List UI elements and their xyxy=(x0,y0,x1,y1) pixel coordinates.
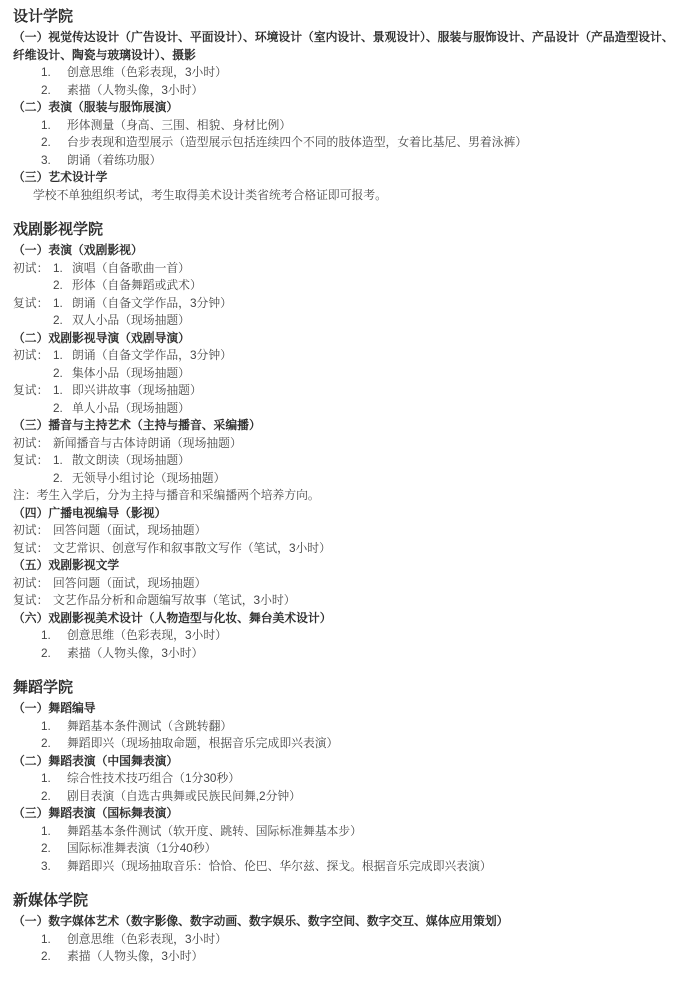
item-text: 舞蹈基本条件测试（软开度、跳转、国际标准舞基本步） xyxy=(67,823,362,841)
exam-item: 2.国际标准舞表演（1分40秒） xyxy=(13,840,687,858)
item-text: 散文朗读（现场抽题） xyxy=(72,452,190,470)
item-number: 1. xyxy=(53,452,72,470)
stage-label xyxy=(13,365,53,383)
item-number: 2. xyxy=(41,948,67,966)
program-subheading: （二）戏剧影视导演（戏剧导演） xyxy=(13,330,687,348)
program-subheading: （一）视觉传达设计（广告设计、平面设计）、环境设计（室内设计、景观设计）、服装与… xyxy=(13,29,687,64)
program-subheading: （三）播音与主持艺术（主持与播音、采编播） xyxy=(13,417,687,435)
exam-stage-row: 2.集体小品（现场抽题） xyxy=(13,365,687,383)
item-text: 新闻播音与古体诗朗诵（现场抽题） xyxy=(53,435,242,453)
stage-label: 初试： xyxy=(13,575,53,593)
item-text: 台步表现和造型展示（造型展示包括连续四个不同的肢体造型，女着比基尼、男着泳裤） xyxy=(67,134,527,152)
note-text: 注：考生入学后，分为主持与播音和采编播两个培养方向。 xyxy=(13,487,687,505)
item-number: 1. xyxy=(41,718,67,736)
college-section: 戏剧影视学院（一）表演（戏剧影视）初试：1.演唱（自备歌曲一首）2.形体（自备舞… xyxy=(13,219,687,662)
item-number: 2. xyxy=(53,312,72,330)
program-subheading: （五）戏剧影视文学 xyxy=(13,557,687,575)
exam-stage-row: 复试：1.即兴讲故事（现场抽题） xyxy=(13,382,687,400)
admission-exam-document: 设计学院（一）视觉传达设计（广告设计、平面设计）、环境设计（室内设计、景观设计）… xyxy=(0,0,695,966)
exam-stage-row: 2.无领导小组讨论（现场抽题） xyxy=(13,470,687,488)
exam-stage-row: 2.双人小品（现场抽题） xyxy=(13,312,687,330)
exam-item: 1.舞蹈基本条件测试（含跳转翻） xyxy=(13,718,687,736)
college-section: 设计学院（一）视觉传达设计（广告设计、平面设计）、环境设计（室内设计、景观设计）… xyxy=(13,6,687,204)
item-text: 无领导小组讨论（现场抽题） xyxy=(72,470,225,488)
exam-item: 2.台步表现和造型展示（造型展示包括连续四个不同的肢体造型，女着比基尼、男着泳裤… xyxy=(13,134,687,152)
item-number: 1. xyxy=(53,260,72,278)
stage-label xyxy=(13,400,53,418)
program-subheading: （一）数字媒体艺术（数字影像、数字动画、数字娱乐、数字空间、数字交互、媒体应用策… xyxy=(13,913,687,931)
item-text: 即兴讲故事（现场抽题） xyxy=(72,382,202,400)
college-section: 新媒体学院（一）数字媒体艺术（数字影像、数字动画、数字娱乐、数字空间、数字交互、… xyxy=(13,890,687,966)
stage-label: 复试： xyxy=(13,540,53,558)
item-text: 演唱（自备歌曲一首） xyxy=(72,260,190,278)
item-text: 素描（人物头像，3小时） xyxy=(67,948,203,966)
item-text: 舞蹈即兴（现场抽取命题，根据音乐完成即兴表演） xyxy=(67,735,338,753)
stage-label: 初试： xyxy=(13,260,53,278)
item-number: 1. xyxy=(41,770,67,788)
stage-label: 复试： xyxy=(13,295,53,313)
exam-stage-row: 初试：回答问题（面试，现场抽题） xyxy=(13,522,687,540)
exam-stage-row: 初试：1.演唱（自备歌曲一首） xyxy=(13,260,687,278)
item-number: 2. xyxy=(41,788,67,806)
item-text: 回答问题（面试，现场抽题） xyxy=(53,522,206,540)
exam-item: 1.舞蹈基本条件测试（软开度、跳转、国际标准舞基本步） xyxy=(13,823,687,841)
program-subheading: （二）舞蹈表演（中国舞表演） xyxy=(13,753,687,771)
exam-item: 1.创意思维（色彩表现，3小时） xyxy=(13,931,687,949)
exam-item: 2.素描（人物头像，3小时） xyxy=(13,948,687,966)
stage-label xyxy=(13,470,53,488)
section-title: 设计学院 xyxy=(13,6,687,27)
item-number: 1. xyxy=(53,382,72,400)
item-text: 舞蹈基本条件测试（含跳转翻） xyxy=(67,718,232,736)
item-number: 1. xyxy=(53,295,72,313)
exam-stage-row: 复试：文艺作品分析和命题编写故事（笔试，3小时） xyxy=(13,592,687,610)
item-text: 朗诵（自备文学作品，3分钟） xyxy=(72,295,232,313)
item-text: 文艺作品分析和命题编写故事（笔试，3小时） xyxy=(53,592,296,610)
item-number: 1. xyxy=(41,823,67,841)
item-number: 1. xyxy=(41,627,67,645)
item-text: 素描（人物头像，3小时） xyxy=(67,82,203,100)
item-text: 文艺常识、创意写作和叙事散文写作（笔试，3小时） xyxy=(53,540,331,558)
item-text: 朗诵（自备文学作品，3分钟） xyxy=(72,347,232,365)
item-number: 2. xyxy=(41,134,67,152)
note-text: 学校不单独组织考试，考生取得美术设计类省统考合格证即可报考。 xyxy=(13,187,687,205)
item-number: 3. xyxy=(41,152,67,170)
exam-stage-row: 2.单人小品（现场抽题） xyxy=(13,400,687,418)
program-subheading: （二）表演（服装与服饰展演） xyxy=(13,99,687,117)
exam-item: 2.剧目表演（自选古典舞或民族民间舞,2分钟） xyxy=(13,788,687,806)
item-number: 2. xyxy=(41,840,67,858)
item-number: 2. xyxy=(41,82,67,100)
stage-label: 复试： xyxy=(13,592,53,610)
item-text: 综合性技术技巧组合（1分30秒） xyxy=(67,770,240,788)
item-number: 2. xyxy=(53,277,72,295)
item-number: 2. xyxy=(41,645,67,663)
item-text: 创意思维（色彩表现，3小时） xyxy=(67,627,227,645)
program-subheading: （三）艺术设计学 xyxy=(13,169,687,187)
stage-label xyxy=(13,277,53,295)
exam-item: 2.素描（人物头像，3小时） xyxy=(13,82,687,100)
exam-stage-row: 初试：回答问题（面试，现场抽题） xyxy=(13,575,687,593)
item-number: 1. xyxy=(41,931,67,949)
section-title: 戏剧影视学院 xyxy=(13,219,687,240)
item-text: 双人小品（现场抽题） xyxy=(72,312,190,330)
exam-item: 3.舞蹈即兴（现场抽取音乐：恰恰、伦巴、华尔兹、探戈。根据音乐完成即兴表演） xyxy=(13,858,687,876)
program-subheading: （四）广播电视编导（影视） xyxy=(13,505,687,523)
item-text: 形体测量（身高、三围、相貌、身材比例） xyxy=(67,117,291,135)
item-text: 舞蹈即兴（现场抽取音乐：恰恰、伦巴、华尔兹、探戈。根据音乐完成即兴表演） xyxy=(67,858,492,876)
program-subheading: （一）舞蹈编导 xyxy=(13,700,687,718)
exam-item: 1.创意思维（色彩表现，3小时） xyxy=(13,627,687,645)
stage-label: 初试： xyxy=(13,435,53,453)
stage-label xyxy=(13,312,53,330)
section-title: 新媒体学院 xyxy=(13,890,687,911)
item-text: 创意思维（色彩表现，3小时） xyxy=(67,64,227,82)
exam-item: 2.素描（人物头像，3小时） xyxy=(13,645,687,663)
item-text: 形体（自备舞蹈或武术） xyxy=(72,277,202,295)
item-text: 创意思维（色彩表现，3小时） xyxy=(67,931,227,949)
stage-label: 初试： xyxy=(13,522,53,540)
exam-stage-row: 复试：1.朗诵（自备文学作品，3分钟） xyxy=(13,295,687,313)
item-text: 国际标准舞表演（1分40秒） xyxy=(67,840,216,858)
stage-label: 初试： xyxy=(13,347,53,365)
item-text: 素描（人物头像，3小时） xyxy=(67,645,203,663)
item-number: 2. xyxy=(41,735,67,753)
item-number: 2. xyxy=(53,400,72,418)
exam-stage-row: 初试：新闻播音与古体诗朗诵（现场抽题） xyxy=(13,435,687,453)
college-section: 舞蹈学院（一）舞蹈编导1.舞蹈基本条件测试（含跳转翻）2.舞蹈即兴（现场抽取命题… xyxy=(13,677,687,875)
section-title: 舞蹈学院 xyxy=(13,677,687,698)
stage-label: 复试： xyxy=(13,452,53,470)
exam-item: 2.舞蹈即兴（现场抽取命题，根据音乐完成即兴表演） xyxy=(13,735,687,753)
item-number: 2. xyxy=(53,365,72,383)
item-text: 剧目表演（自选古典舞或民族民间舞,2分钟） xyxy=(67,788,301,806)
exam-stage-row: 复试：1.散文朗读（现场抽题） xyxy=(13,452,687,470)
exam-stage-row: 复试：文艺常识、创意写作和叙事散文写作（笔试，3小时） xyxy=(13,540,687,558)
stage-label: 复试： xyxy=(13,382,53,400)
item-number: 3. xyxy=(41,858,67,876)
item-number: 1. xyxy=(41,64,67,82)
exam-item: 3.朗诵（着练功服） xyxy=(13,152,687,170)
exam-item: 1.综合性技术技巧组合（1分30秒） xyxy=(13,770,687,788)
program-subheading: （六）戏剧影视美术设计（人物造型与化妆、舞台美术设计） xyxy=(13,610,687,628)
exam-stage-row: 2.形体（自备舞蹈或武术） xyxy=(13,277,687,295)
exam-item: 1.创意思维（色彩表现，3小时） xyxy=(13,64,687,82)
item-text: 回答问题（面试，现场抽题） xyxy=(53,575,206,593)
exam-item: 1.形体测量（身高、三围、相貌、身材比例） xyxy=(13,117,687,135)
item-number: 2. xyxy=(53,470,72,488)
item-number: 1. xyxy=(53,347,72,365)
exam-stage-row: 初试：1.朗诵（自备文学作品，3分钟） xyxy=(13,347,687,365)
item-number: 1. xyxy=(41,117,67,135)
program-subheading: （一）表演（戏剧影视） xyxy=(13,242,687,260)
item-text: 朗诵（着练功服） xyxy=(67,152,161,170)
program-subheading: （三）舞蹈表演（国标舞表演） xyxy=(13,805,687,823)
item-text: 集体小品（现场抽题） xyxy=(72,365,190,383)
item-text: 单人小品（现场抽题） xyxy=(72,400,190,418)
